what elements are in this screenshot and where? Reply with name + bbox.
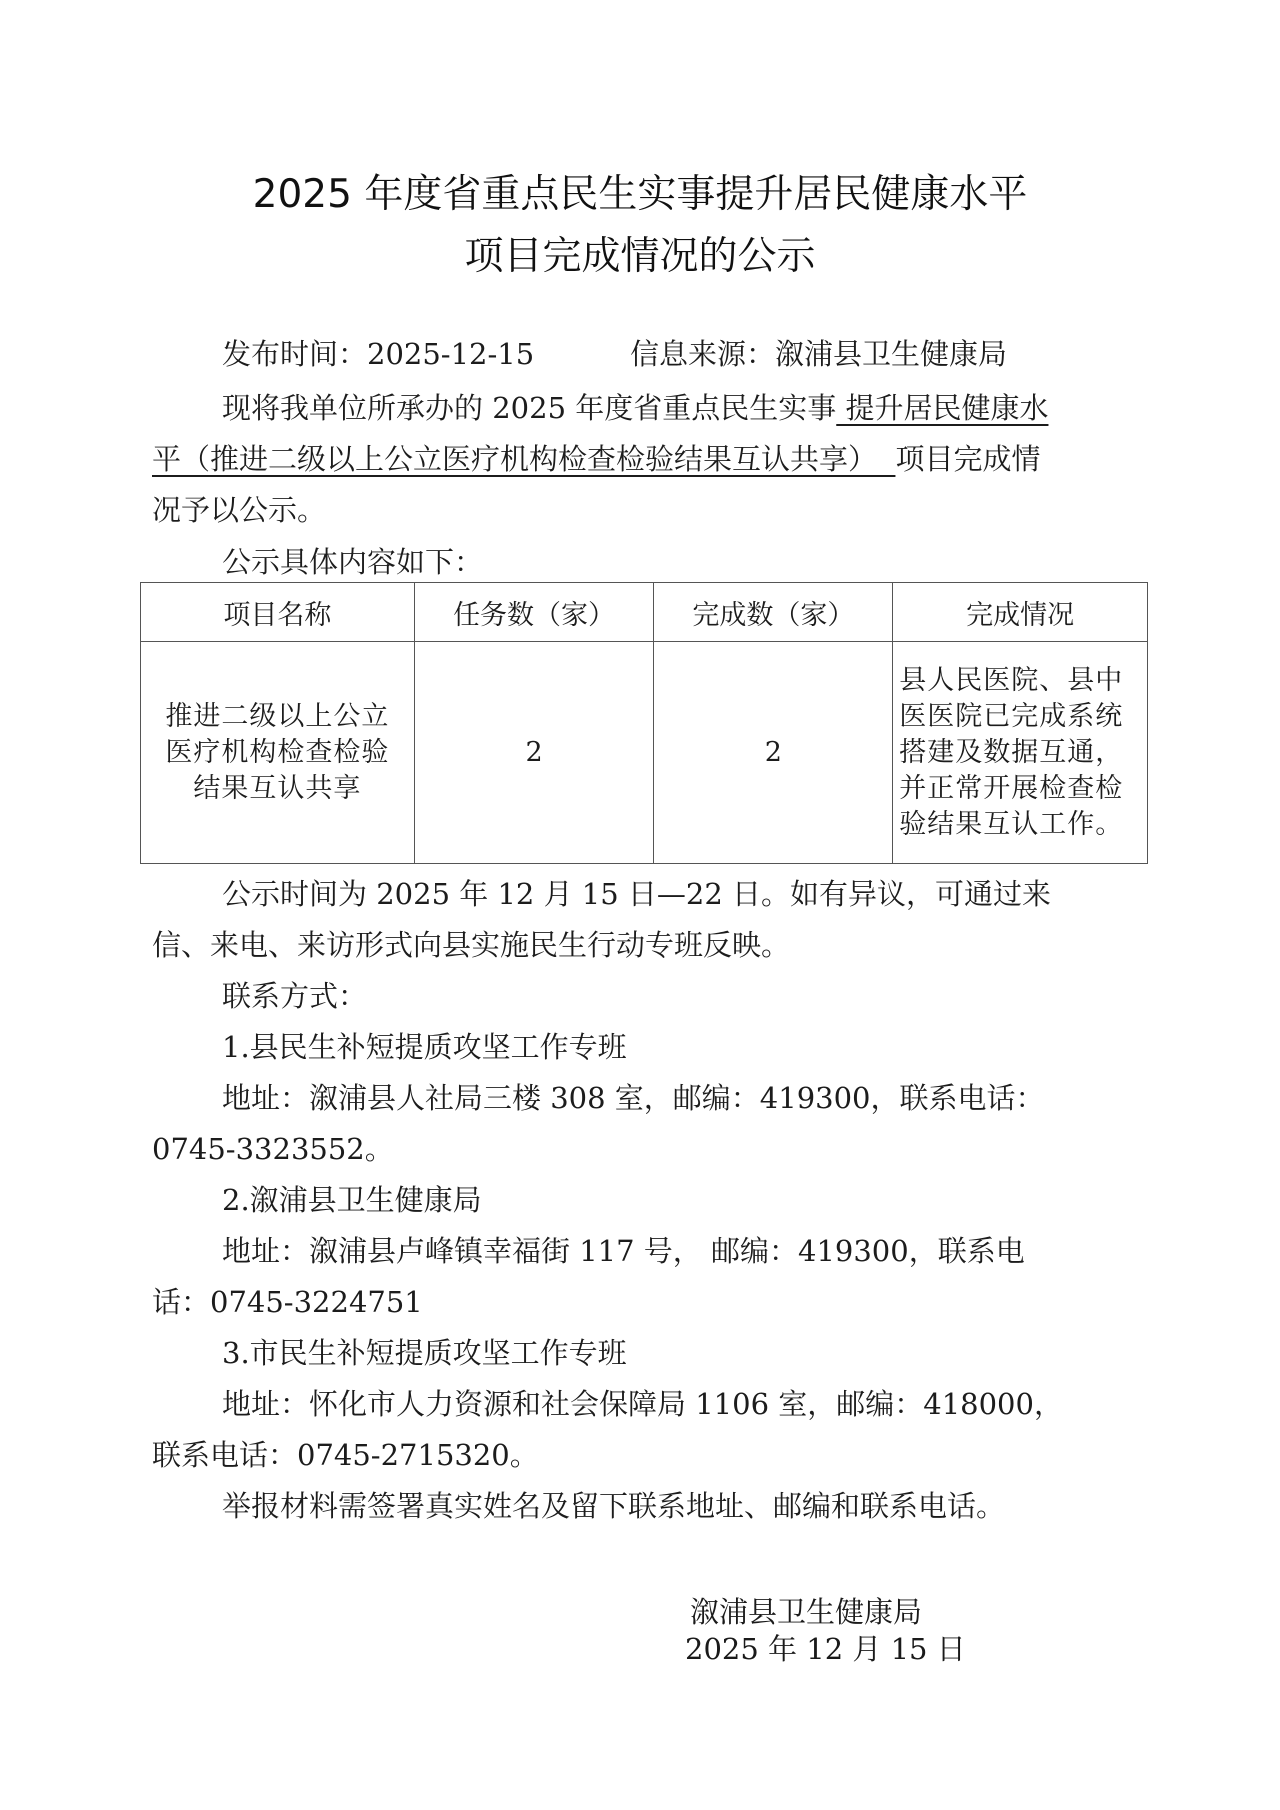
signature-org: 溆浦县卫生健康局 [690,1598,922,1627]
intro-line3: 况予以公示。 [152,496,326,525]
contact-3-phone: 联系电话：0745-2715320。 [152,1441,539,1470]
contact-1-name: 1.县民生补短提质攻坚工作专班 [222,1033,627,1062]
contact-3-address: 地址：怀化市人力资源和社会保障局 1106 室，邮编：418000， [222,1390,1063,1419]
header-completion-status: 完成情况 [893,583,1148,642]
info-source: 信息来源：溆浦县卫生健康局 [630,340,1007,369]
header-project-name: 项目名称 [141,583,415,642]
cell-project-name: 推进二级以上公立医疗机构检查检验结果互认共享 [141,642,415,864]
project-name-underlined-2: 平（推进二级以上公立医疗机构检查检验结果互认共享） [152,442,895,476]
header-task-count: 任务数（家） [414,583,654,642]
cell-completed-count: 2 [654,642,893,864]
contact-1-phone: 0745-3323552。 [152,1135,394,1164]
document-title-line1: 2025 年度省重点民生实事提升居民健康水平 [0,175,1280,214]
signature-date: 2025 年 12 月 15 日 [685,1635,966,1664]
period-line1: 公示时间为 2025 年 12 月 15 日—22 日。如有异议，可通过来 [222,880,1051,909]
cell-task-count: 2 [414,642,654,864]
contact-2-address: 地址：溆浦县卢峰镇幸福街 117 号， 邮编：419300，联系电 [222,1237,1025,1266]
intro-line1-prefix: 现将我单位所承办的 2025 年度省重点民生实事 [222,391,836,425]
contact-2-name: 2.溆浦县卫生健康局 [222,1186,482,1215]
contact-3-name: 3.市民生补短提质攻坚工作专班 [222,1339,627,1368]
contact-1-address: 地址：溆浦县人社局三楼 308 室，邮编：419300，联系电话： [222,1084,1045,1113]
document-title-line2: 项目完成情况的公示 [0,237,1280,276]
header-completed-count: 完成数（家） [654,583,893,642]
report-note: 举报材料需签署真实姓名及留下联系地址、邮编和联系电话。 [222,1492,1005,1521]
intro-line1: 现将我单位所承办的 2025 年度省重点民生实事 提升居民健康水 [222,394,1048,423]
project-name-underlined-1: 提升居民健康水 [836,391,1048,425]
contact-2-phone: 话：0745-3224751 [152,1288,423,1317]
cell-completion-status: 县人民医院、县中医医院已完成系统搭建及数据互通，并正常开展检查检验结果互认工作。 [893,642,1148,864]
intro-line4: 公示具体内容如下： [222,548,483,577]
contact-heading: 联系方式： [222,982,367,1011]
publish-time: 发布时间：2025-12-15 [222,340,534,369]
project-table: 项目名称 任务数（家） 完成数（家） 完成情况 推进二级以上公立医疗机构检查检验… [140,582,1148,864]
intro-line2: 平（推进二级以上公立医疗机构检查检验结果互认共享） 项目完成情 [152,445,1040,474]
document-page: 2025 年度省重点民生实事提升居民健康水平 项目完成情况的公示 发布时间：20… [0,0,1280,1810]
table-header-row: 项目名称 任务数（家） 完成数（家） 完成情况 [141,583,1148,642]
table-row: 推进二级以上公立医疗机构检查检验结果互认共享 2 2 县人民医院、县中医医院已完… [141,642,1148,864]
period-line2: 信、来电、来访形式向县实施民生行动专班反映。 [152,931,790,960]
intro-line2-suffix: 项目完成情 [895,442,1040,476]
